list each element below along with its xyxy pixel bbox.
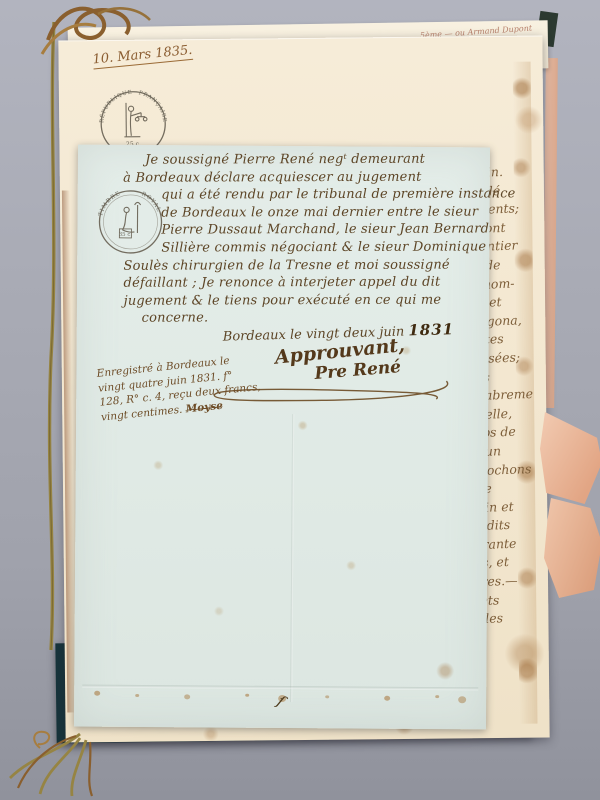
body-line: défaillant ; Je renonce à interjeter app… <box>124 274 480 293</box>
vertical-fold-crease <box>290 414 294 702</box>
blue-document-page: TIMBRE ROYAL 35 c. Je soussigné Pierre R… <box>74 145 490 730</box>
horizontal-fold-crease <box>82 685 478 691</box>
foxing-spots-row <box>94 691 100 696</box>
registration-note: Enregistré à Bordeaux le vingt quatre ju… <box>96 344 331 424</box>
body-line: Pierre Dussaut Marchand, le sieur Jean B… <box>161 221 479 240</box>
body-line: Sillière commis négociant & le sieur Dom… <box>161 238 479 257</box>
photograph-of-archival-documents: 5ème — ou Armand Dupont 10. Mars 1835. R… <box>0 0 600 800</box>
stamp-arc-left-text: TIMBRE <box>98 191 122 217</box>
body-line: de Bordeaux le onze mai dernier entre le… <box>161 203 479 222</box>
stamp-arc-left-text: RÉPUBLIQUE <box>98 90 133 124</box>
body-line: Soulès chirurgien de la Tresne et moi so… <box>123 256 479 275</box>
dateline-year: 1831 <box>408 320 454 339</box>
text-fragment: les <box>485 607 574 629</box>
svg-text:RÉPUBLIQUE FRANÇAISE: RÉPUBLIQUE FRANÇAISE <box>98 89 168 126</box>
body-line: Je soussigné Pierre René negᵗ demeurant <box>145 151 479 170</box>
body-line: qui a été rendu par le tribunal de premi… <box>161 186 479 205</box>
binding-cord-left <box>40 18 68 658</box>
torn-pink-paper-upper <box>540 412 600 504</box>
ink-squiggle-mark: ſ <box>274 692 287 710</box>
stamp-arc-right-text: FRANÇAISE <box>138 90 167 123</box>
body-line: à Bordeaux déclare acquiescer au jugemen… <box>123 168 479 187</box>
binding-knot-top <box>38 0 168 66</box>
handwritten-body-text: Je soussigné Pierre René negᵗ demeurantà… <box>123 151 480 328</box>
body-line: jugement & le tiens pour exécuté en ce q… <box>124 291 480 310</box>
binding-tassels-bottom <box>0 700 170 800</box>
registrar-signature: Moyse <box>185 399 223 415</box>
justice-figure-icon <box>124 103 147 137</box>
